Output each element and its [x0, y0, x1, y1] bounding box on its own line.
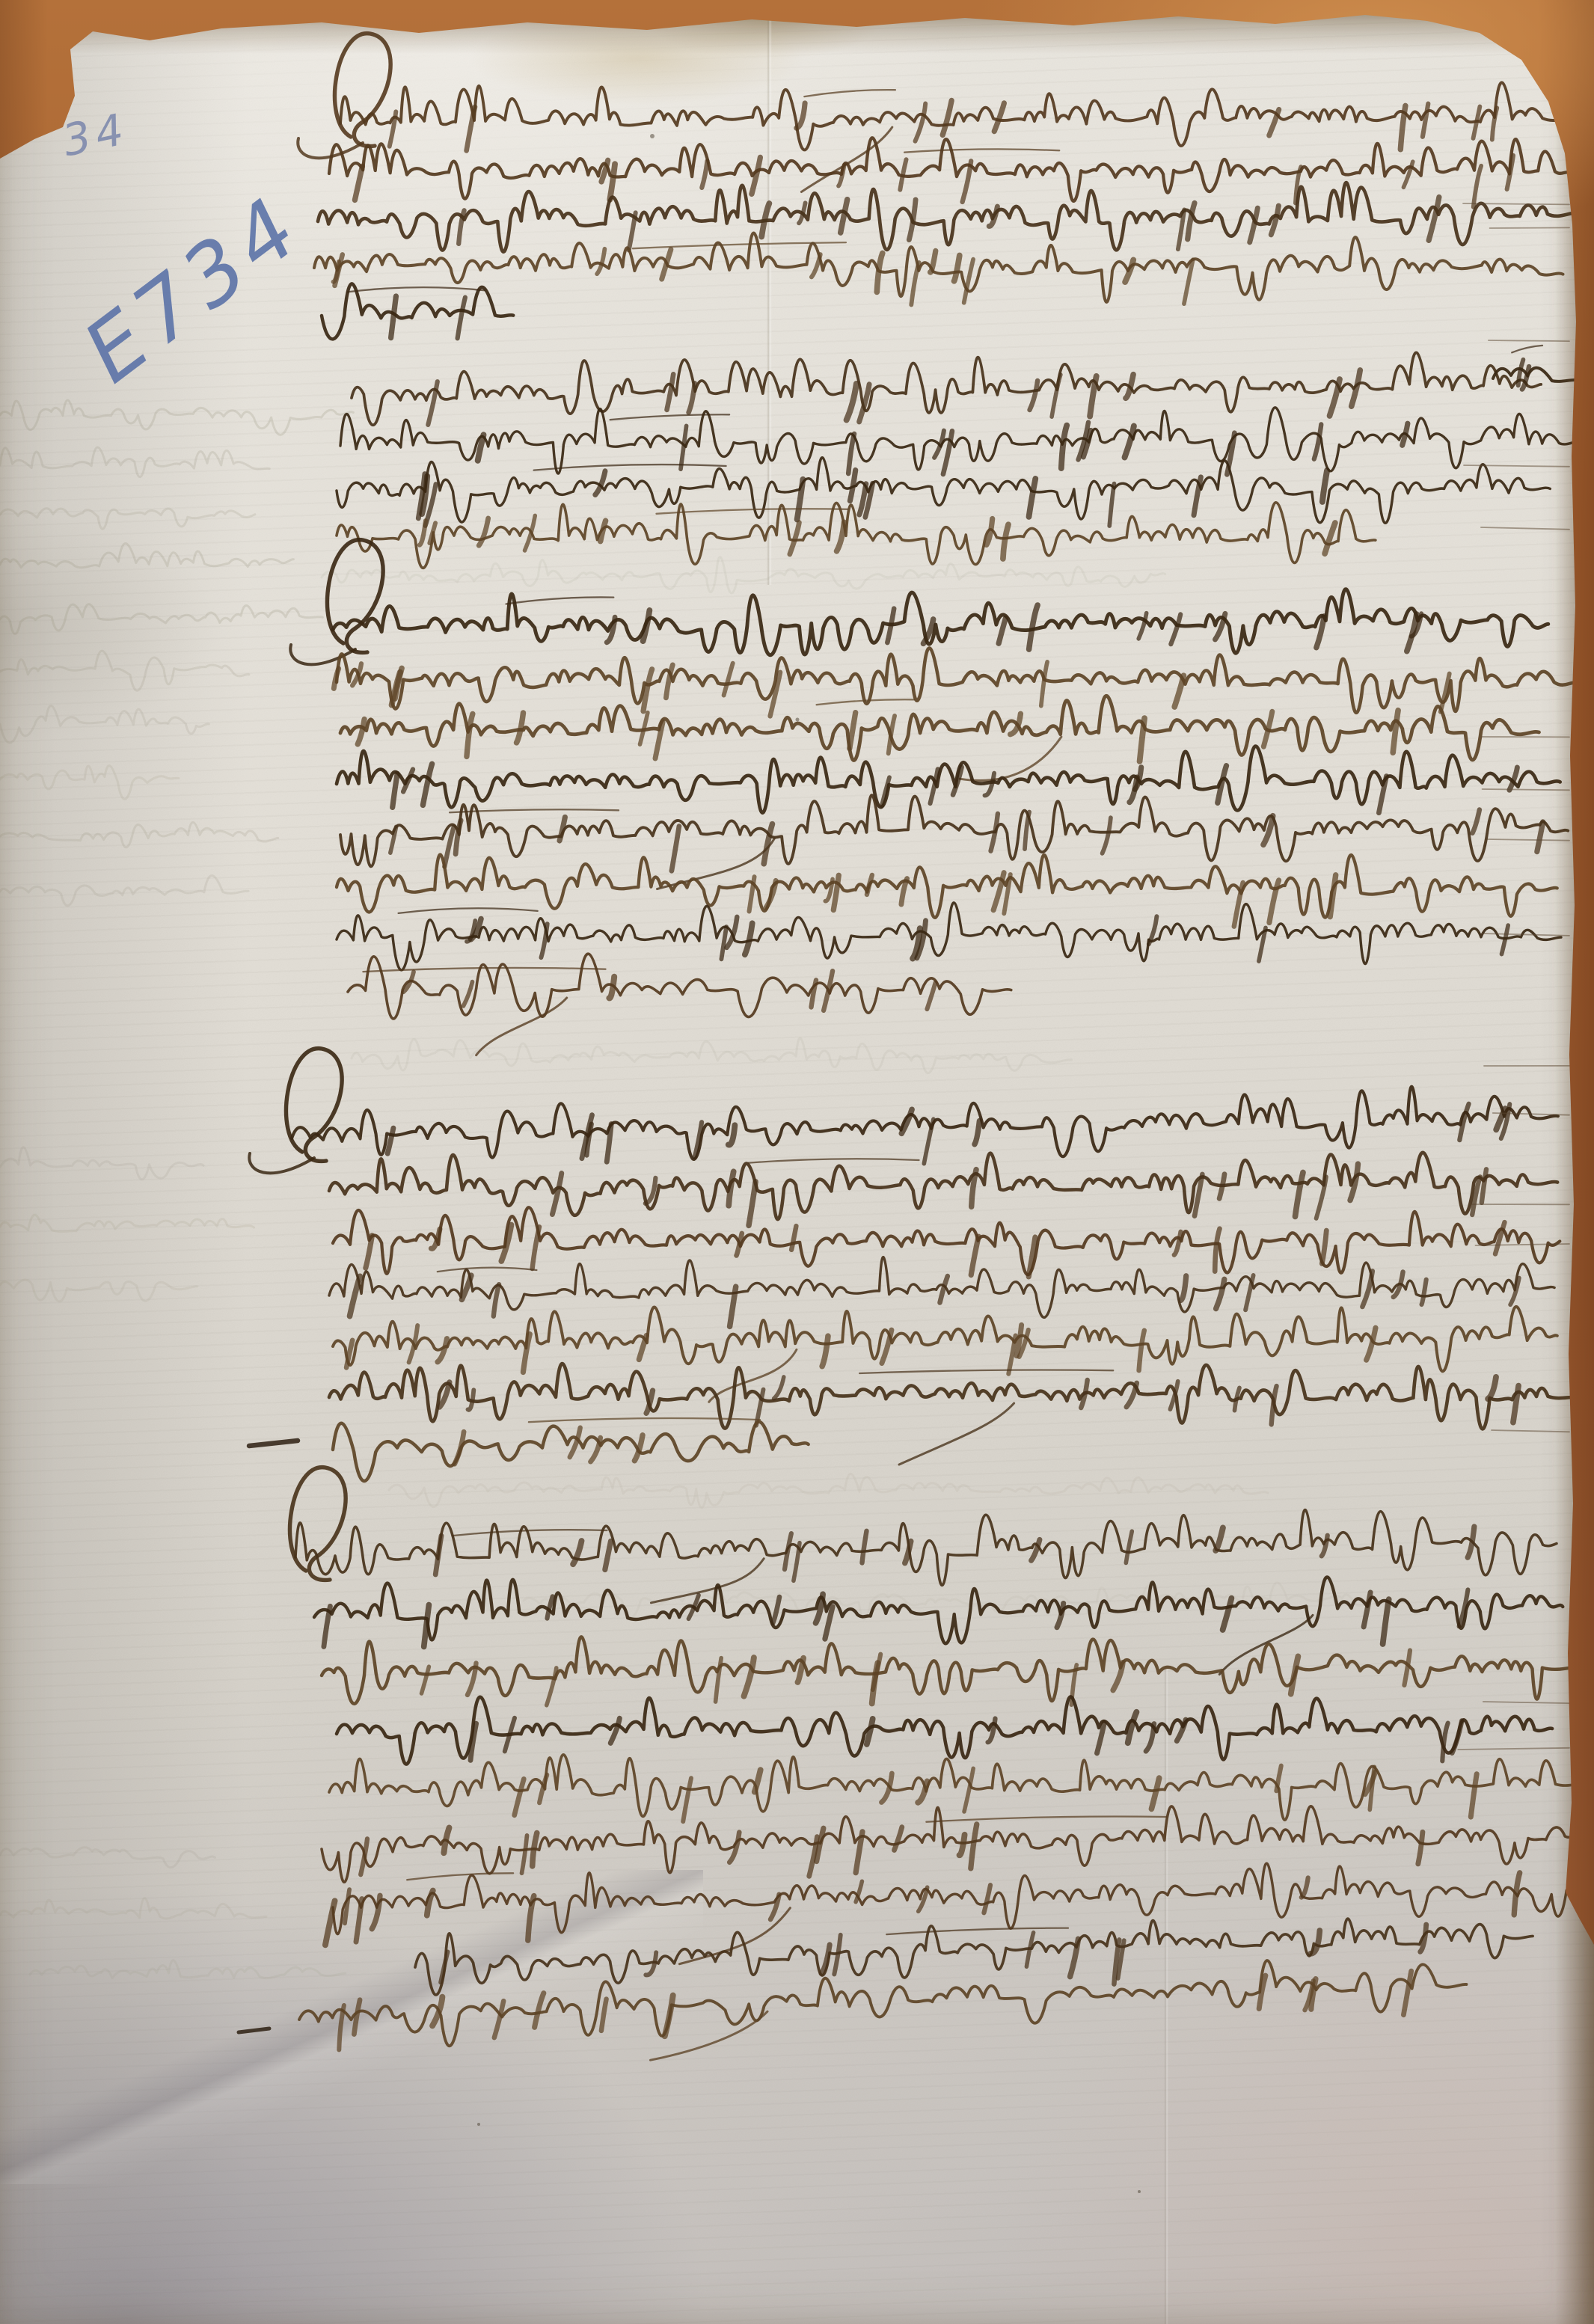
ink-stroke — [1263, 816, 1273, 845]
ink-stroke — [825, 1607, 833, 1639]
ink-stroke — [1458, 1748, 1569, 1750]
ink-stroke — [940, 1276, 948, 1302]
ink-stroke — [548, 1596, 553, 1618]
ink-stroke — [1181, 1276, 1186, 1301]
ink-stroke — [354, 2000, 360, 2035]
ink-stroke — [1393, 711, 1398, 753]
ink-stroke — [960, 737, 1061, 780]
ink-stroke — [501, 1225, 511, 1261]
paragraph-2 — [337, 346, 1582, 568]
ink-stroke — [834, 1935, 840, 1975]
ink-stroke — [1420, 1925, 1426, 1952]
ink-stroke — [1097, 1723, 1105, 1753]
ink-stroke — [1272, 1386, 1277, 1424]
ink-stroke — [1514, 1873, 1520, 1915]
ink-stroke — [407, 1873, 513, 1880]
ink-stroke — [337, 855, 1557, 918]
ink-stroke — [909, 200, 916, 240]
ink-stroke — [750, 877, 755, 911]
ink-stroke — [422, 476, 427, 515]
ink-stroke — [646, 1391, 653, 1413]
ink-stroke — [609, 977, 614, 999]
ink-stroke — [817, 1828, 824, 1861]
ink-stroke — [913, 928, 920, 958]
ink-stroke — [1513, 1386, 1518, 1423]
ink-stroke — [1219, 1174, 1224, 1199]
ink-stroke — [629, 212, 636, 250]
ink-stroke — [1403, 423, 1408, 445]
ink-stroke — [522, 1836, 527, 1874]
ink-stroke — [953, 767, 962, 794]
ink-stroke — [1471, 1774, 1477, 1817]
ink-stroke — [1501, 1104, 1510, 1138]
ink-stroke — [1271, 206, 1278, 235]
ink-stroke — [1493, 368, 1582, 382]
ink-stroke — [409, 1325, 418, 1362]
ink-stroke — [1188, 203, 1195, 239]
ink-stroke — [1291, 1656, 1299, 1693]
ink-stroke — [547, 1668, 557, 1705]
ink-stroke — [525, 515, 536, 551]
ink-stroke — [927, 983, 935, 1009]
ink-stroke — [1025, 812, 1029, 850]
ink-stroke — [729, 1833, 739, 1862]
ink-stroke — [1364, 1592, 1370, 1627]
ink-stroke — [1263, 711, 1272, 746]
ink-stroke — [1472, 810, 1480, 833]
ink-stroke — [1118, 1940, 1124, 1978]
ink-stroke — [1070, 1939, 1079, 1976]
ink-stroke — [467, 107, 475, 151]
ink-stroke — [1129, 777, 1137, 802]
ink-stroke — [0, 1215, 254, 1231]
ink-stroke — [322, 1806, 1581, 1882]
ink-stroke — [573, 1541, 581, 1564]
ink-stroke — [726, 917, 737, 948]
ink-stroke — [426, 484, 436, 526]
ink-stroke — [1400, 105, 1406, 149]
ink-stroke — [1422, 1280, 1426, 1304]
ink-stroke — [657, 838, 775, 889]
ink-stroke — [1171, 614, 1180, 644]
ink-stroke — [960, 1835, 965, 1855]
ink-stroke — [453, 1530, 607, 1536]
ink-stroke — [730, 1287, 736, 1326]
ink-stroke — [1452, 1721, 1462, 1753]
ink-stroke — [773, 1597, 779, 1623]
ink-stroke — [1322, 470, 1327, 502]
ink-stroke — [999, 619, 1005, 644]
ink-stroke — [494, 1284, 499, 1316]
ink-stroke — [942, 100, 951, 135]
ink-stroke — [1109, 484, 1114, 527]
ink-stroke — [0, 509, 255, 529]
ink-stroke — [298, 138, 363, 158]
ink-stroke — [988, 1719, 996, 1743]
ink-stroke — [420, 521, 426, 545]
ink-stroke — [872, 1663, 878, 1703]
ink-stroke — [1052, 375, 1061, 417]
ink-stroke — [1235, 1388, 1240, 1410]
ink-stroke — [1507, 156, 1513, 189]
ink-stroke — [633, 242, 846, 248]
ink-stroke — [931, 769, 938, 803]
ink-stroke — [993, 873, 1004, 910]
ink-stroke — [1170, 1382, 1177, 1409]
ink-stroke — [1472, 1177, 1480, 1215]
ink-stroke — [506, 597, 614, 604]
ink-stroke — [881, 1773, 892, 1803]
ink-stroke — [441, 1952, 448, 1982]
ink-stroke — [882, 777, 889, 806]
ink-stroke — [1178, 209, 1184, 249]
ink-stroke — [721, 927, 726, 959]
ink-stroke — [895, 1827, 902, 1851]
ink-stroke — [1404, 1651, 1410, 1685]
ink-stroke — [797, 479, 803, 520]
ink-stroke — [528, 1896, 534, 1941]
ink-stroke — [467, 714, 473, 756]
ink-stroke — [372, 1895, 380, 1929]
ink-stroke — [607, 1124, 611, 1162]
ink-stroke — [333, 1307, 1557, 1371]
ink-stroke — [340, 696, 1539, 760]
ink-stroke — [1215, 1229, 1219, 1272]
ink-stroke — [1259, 1975, 1266, 2008]
ink-stroke — [794, 1543, 800, 1581]
ink-stroke — [335, 254, 343, 286]
ink-stroke — [429, 523, 435, 543]
archival-reference-annotation: E734 — [67, 176, 322, 402]
ink-stroke — [0, 447, 269, 477]
ink-stroke — [859, 384, 870, 422]
ink-stroke — [1502, 925, 1509, 954]
ink-stroke — [1365, 1772, 1376, 1794]
ink-stroke — [1463, 203, 1569, 204]
ink-stroke — [943, 431, 952, 474]
ink-stroke — [1083, 430, 1091, 457]
ink-stroke — [1135, 767, 1141, 790]
ink-stroke — [314, 1577, 1563, 1643]
ink-stroke — [339, 2005, 344, 2049]
ink-stroke — [345, 1889, 349, 1923]
ink-stroke — [1081, 1380, 1088, 1408]
ink-stroke — [601, 160, 608, 182]
ink-stroke — [924, 1119, 934, 1164]
ink-stroke — [346, 1340, 352, 1368]
ink-stroke — [975, 1121, 980, 1144]
ink-stroke — [0, 822, 278, 847]
ink-stroke — [1245, 1275, 1254, 1310]
ink-stroke — [1250, 208, 1258, 242]
ink-stroke — [1125, 426, 1134, 458]
ink-stroke — [468, 1390, 474, 1409]
ink-stroke — [322, 557, 1165, 593]
ink-stroke — [886, 1928, 1068, 1935]
ink-stroke — [494, 2001, 503, 2038]
ink-stroke — [0, 705, 209, 742]
ink-stroke — [322, 283, 513, 339]
ink-stroke — [337, 503, 1376, 568]
ink-stroke — [1488, 839, 1569, 841]
ink-stroke — [729, 1171, 734, 1206]
ink-stroke — [390, 111, 396, 146]
ink-stroke — [833, 875, 839, 910]
ink-stroke — [1004, 874, 1011, 913]
ink-stroke — [329, 138, 1569, 201]
ink-stroke — [904, 149, 1059, 152]
ink-stroke — [361, 1839, 367, 1874]
ink-stroke — [1496, 1109, 1505, 1129]
ink-stroke — [756, 1390, 764, 1426]
ink-stroke — [964, 1768, 973, 1812]
ink-stroke — [459, 210, 464, 244]
ink-stroke — [418, 474, 425, 518]
ink-stroke — [1126, 375, 1133, 399]
ink-stroke — [1057, 1604, 1064, 1628]
ink-stroke — [335, 34, 391, 147]
ink-stroke — [1296, 167, 1301, 203]
ink-stroke — [438, 1339, 447, 1362]
ink-stroke — [444, 1828, 449, 1854]
ink-stroke — [1481, 527, 1569, 530]
ink-stroke — [366, 1236, 373, 1269]
ink-stroke — [325, 1901, 335, 1945]
ink-stroke — [1184, 260, 1193, 304]
ink-stroke — [1411, 613, 1422, 637]
ink-stroke — [1468, 1527, 1474, 1557]
ink-stroke — [352, 352, 1541, 425]
ink-stroke — [464, 982, 473, 1006]
ink-stroke — [334, 669, 338, 689]
ink-stroke — [0, 1898, 266, 1919]
main-ink-layer — [249, 34, 1594, 2061]
ink-stroke — [582, 1115, 592, 1159]
ink-stroke — [752, 157, 761, 194]
ink-stroke — [1011, 714, 1021, 734]
ink-stroke — [1071, 1665, 1076, 1705]
ink-stroke — [1223, 1598, 1232, 1630]
ink-stroke — [1276, 1766, 1281, 1791]
ink-stroke — [1495, 1222, 1505, 1254]
ink-stroke — [1305, 1981, 1313, 2010]
ink-stroke — [1234, 883, 1243, 927]
ink-stroke — [1113, 1663, 1123, 1690]
page-number-annotation: 34 — [58, 103, 133, 167]
fold-crease-vertical-bottom — [1164, 1668, 1168, 2324]
ink-stroke — [847, 384, 856, 420]
ink-stroke — [333, 1422, 809, 1481]
ink-stroke — [347, 287, 485, 292]
ink-stroke — [456, 821, 461, 854]
ink-stroke — [972, 1170, 976, 1207]
ink-stroke — [1403, 1971, 1411, 2015]
ink-stroke — [387, 1128, 393, 1153]
ink-stroke — [689, 383, 695, 412]
ink-stroke — [651, 1559, 764, 1603]
ink-stroke — [337, 648, 1575, 712]
ink-stroke — [1537, 822, 1543, 852]
ink-stroke — [462, 1275, 471, 1299]
ink-stroke — [324, 1606, 331, 1646]
edge-ticks — [1458, 203, 1569, 1750]
ink-stroke — [1352, 370, 1361, 406]
ink-stroke — [639, 1336, 646, 1360]
ink-stroke — [1146, 1723, 1154, 1751]
handwriting-layer — [0, 0, 1594, 2324]
ink-stroke — [318, 183, 1577, 252]
ink-stroke — [390, 827, 396, 853]
ink-stroke — [1103, 818, 1111, 853]
ink-stroke — [816, 1594, 824, 1623]
ink-stroke — [1370, 1767, 1374, 1809]
ink-stroke — [314, 233, 1563, 302]
ink-stroke — [424, 1605, 429, 1647]
ink-stroke — [640, 713, 648, 745]
ink-stroke — [1492, 108, 1498, 140]
ink-stroke — [1488, 1377, 1496, 1399]
ink-stroke — [1216, 613, 1225, 640]
ink-stroke — [716, 1658, 722, 1702]
ink-stroke — [533, 1833, 537, 1866]
ink-stroke — [737, 1233, 742, 1256]
ink-stroke — [450, 809, 619, 812]
ink-stroke — [422, 1667, 429, 1693]
ink-stroke — [470, 1723, 476, 1760]
ink-stroke — [524, 1583, 1370, 1619]
ink-stroke — [391, 296, 396, 338]
ink-stroke — [991, 814, 998, 851]
ink-stroke — [812, 254, 821, 277]
ink-stroke — [1510, 1278, 1519, 1305]
ink-stroke — [859, 484, 866, 515]
ink-stroke — [901, 879, 907, 905]
ink-stroke — [1490, 227, 1569, 228]
ink-stroke — [249, 1153, 314, 1173]
ink-stroke — [1219, 1615, 1313, 1674]
ink-stroke — [987, 519, 993, 545]
ink-stroke — [1008, 1336, 1015, 1374]
ink-stroke — [329, 1755, 1580, 1820]
ink-stroke — [821, 1945, 830, 1973]
ink-stroke — [1474, 166, 1482, 207]
ink-stroke — [534, 465, 726, 470]
paragraph-4 — [249, 1049, 1574, 1481]
ink-stroke — [539, 1775, 547, 1803]
ink-stroke — [586, 1124, 591, 1156]
ink-stroke — [1316, 616, 1324, 648]
ink-stroke — [1476, 1244, 1570, 1245]
ink-stroke — [761, 203, 769, 237]
paragraph-3 — [290, 540, 1575, 1055]
ink-stroke — [963, 161, 972, 202]
ink-stroke — [666, 665, 672, 698]
fold-crease-diagonal — [0, 1870, 703, 2184]
ink-stroke — [766, 880, 776, 907]
ink-stroke — [901, 1109, 912, 1133]
ink-stroke — [337, 746, 1560, 813]
paragraph-1 — [298, 34, 1577, 340]
ink-stroke — [657, 509, 847, 514]
ink-stroke — [610, 164, 615, 200]
ink-stroke — [505, 1718, 515, 1752]
ink-stroke — [363, 968, 605, 972]
ink-stroke — [709, 1349, 797, 1402]
ink-stroke — [785, 1533, 791, 1569]
ink-stroke — [1302, 1878, 1308, 1898]
ink-stroke — [1423, 104, 1428, 137]
ink-stroke — [0, 400, 353, 435]
ink-stroke — [985, 773, 995, 796]
paper-speck — [650, 134, 655, 138]
ink-stroke — [994, 103, 1004, 132]
ink-stroke — [665, 1996, 673, 2037]
ink-stroke — [964, 260, 973, 303]
ink-stroke — [1379, 776, 1386, 813]
ink-stroke — [249, 1441, 298, 1446]
ink-stroke — [1322, 1230, 1326, 1263]
ink-stroke — [290, 1468, 346, 1580]
ink-stroke — [1218, 766, 1227, 803]
ink-stroke — [1407, 614, 1417, 651]
ink-stroke — [1194, 477, 1201, 515]
grain-overlay — [0, 0, 1594, 2324]
ink-stroke — [984, 1885, 990, 1913]
ink-stroke — [1195, 1174, 1202, 1216]
ink-stroke — [476, 998, 567, 1055]
ink-stroke — [1394, 1272, 1403, 1298]
ink-stroke — [1174, 675, 1183, 707]
ink-stroke — [1128, 1712, 1137, 1743]
ink-stroke — [1029, 605, 1038, 649]
ink-stroke — [764, 824, 772, 864]
ink-stroke — [560, 817, 565, 841]
ink-stroke — [1482, 1169, 1486, 1203]
ink-stroke — [290, 645, 355, 664]
ink-stroke — [812, 980, 817, 1007]
ink-stroke — [926, 1816, 1166, 1821]
ink-stroke — [570, 1428, 580, 1457]
paper-speck — [796, 718, 800, 722]
paper-sheet: 34 E734 — [0, 0, 1594, 2324]
ink-stroke — [435, 1536, 441, 1575]
ink-stroke — [899, 1403, 1014, 1465]
ink-stroke — [432, 1997, 442, 2026]
ink-stroke — [458, 298, 465, 339]
ink-stroke — [1367, 1328, 1376, 1360]
ink-stroke — [517, 713, 524, 743]
ink-stroke — [887, 609, 894, 643]
ink-stroke — [358, 720, 364, 744]
ink-stroke — [1216, 1279, 1224, 1308]
ink-stroke — [1518, 360, 1524, 386]
ink-stroke — [340, 795, 1568, 866]
paper-speck — [1002, 925, 1006, 928]
ink-stroke — [403, 972, 414, 992]
ink-stroke — [809, 1837, 818, 1877]
ink-stroke — [859, 1370, 1113, 1373]
ink-stroke — [744, 1658, 754, 1696]
ink-stroke — [1296, 1173, 1304, 1217]
ink-stroke — [643, 669, 652, 711]
ink-stroke — [1029, 479, 1036, 517]
ink-stroke — [790, 523, 800, 554]
ink-stroke — [292, 1087, 1558, 1159]
ink-stroke — [801, 127, 892, 192]
ink-stroke — [1138, 613, 1147, 639]
ink-stroke — [444, 827, 454, 867]
ink-stroke — [328, 540, 384, 653]
